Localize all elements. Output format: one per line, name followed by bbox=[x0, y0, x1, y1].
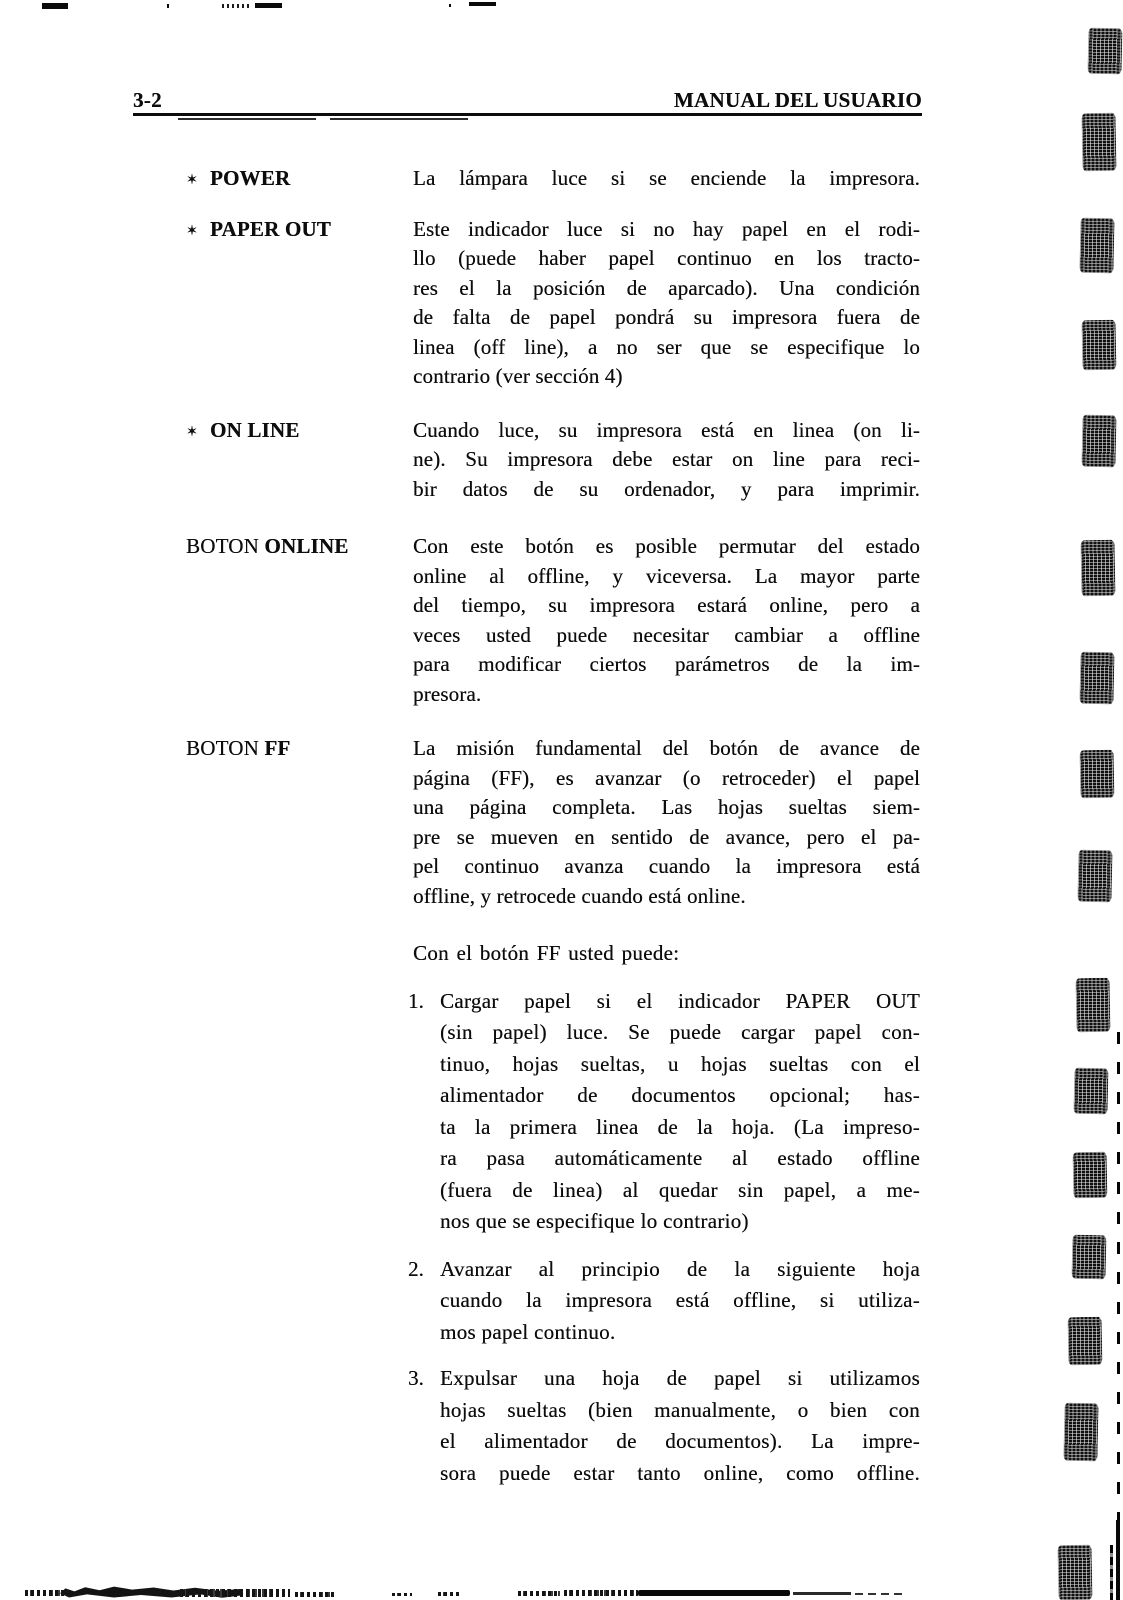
list-line: (fuera de linea) al quedar sin papel, a … bbox=[440, 1175, 920, 1207]
list-line: Expulsar una hoja de papel si utilizamos bbox=[440, 1363, 920, 1395]
definition-line: ne). Su impresora debe estar on line par… bbox=[413, 445, 920, 475]
list-line: el alimentador de documentos). La impre- bbox=[440, 1426, 920, 1458]
definition-line: página (FF), es avanzar (o retroceder) e… bbox=[413, 764, 920, 794]
definition-line: pel continuo avanza cuando la impresora … bbox=[413, 852, 920, 882]
definition-text: Con este botón es posible permutar del e… bbox=[413, 532, 920, 709]
list-line: hojas sueltas (bien manualmente, o bien … bbox=[440, 1395, 920, 1427]
definition-entry-on-line: ✶ON LINE Cuando luce, su impresora está … bbox=[133, 416, 922, 505]
binding-mark bbox=[1063, 1403, 1098, 1462]
definition-text: Este indicador luce si no hay papel en e… bbox=[413, 215, 920, 392]
list-item-text: Avanzar al principio de la siguiente hoj… bbox=[440, 1254, 920, 1349]
bottom-scan-smudge bbox=[392, 1593, 412, 1596]
definition-line: La lámpara luce si se enciende la impres… bbox=[413, 164, 920, 194]
bottom-scan-smudge bbox=[180, 1589, 290, 1597]
running-header-title: MANUAL DEL USUARIO bbox=[674, 88, 922, 113]
definition-line: offline, y retrocede cuando está online. bbox=[413, 882, 920, 912]
list-line: alimentador de documentos opcional; has- bbox=[440, 1080, 920, 1112]
definition-line: Con este botón es posible permutar del e… bbox=[413, 532, 920, 562]
definition-line: pre se mueven en sentido de avance, pero… bbox=[413, 823, 920, 853]
list-line: sora puede estar tanto online, como offl… bbox=[440, 1458, 920, 1490]
definition-line: para modificar ciertos parámetros de la … bbox=[413, 650, 920, 680]
binding-mark bbox=[1077, 850, 1112, 903]
star-bullet-icon: ✶ bbox=[186, 217, 210, 247]
definition-line: veces usted puede necesitar cambiar a of… bbox=[413, 621, 920, 651]
binding-mark bbox=[1072, 1235, 1107, 1280]
list-line: Avanzar al principio de la siguiente hoj… bbox=[440, 1254, 920, 1286]
star-bullet-icon: ✶ bbox=[186, 166, 210, 196]
definition-text: La lámpara luce si se enciende la impres… bbox=[413, 164, 920, 194]
definition-text: La misión fundamental del botón de avanc… bbox=[413, 734, 920, 911]
definition-line: llo (puede haber papel continuo en los t… bbox=[413, 244, 920, 274]
binding-mark bbox=[1081, 540, 1116, 597]
top-scan-mark bbox=[222, 4, 252, 8]
bottom-scan-smudge bbox=[518, 1591, 560, 1596]
list-line: nos que se especifique lo contrario) bbox=[440, 1206, 920, 1238]
binding-mark bbox=[1079, 652, 1114, 705]
list-line: (sin papel) luce. Se puede cargar papel … bbox=[440, 1017, 920, 1049]
definition-entry-paper-out: ✶PAPER OUT Este indicador luce si no hay… bbox=[133, 215, 922, 392]
binding-mark bbox=[1074, 1068, 1109, 1115]
term-label: BOTON ONLINE bbox=[133, 532, 413, 562]
binding-mark bbox=[1081, 113, 1116, 172]
bottom-scan-smudge bbox=[638, 1590, 790, 1596]
bottom-scan-smudge bbox=[25, 1590, 65, 1596]
binding-mark bbox=[1079, 218, 1114, 274]
binding-mark bbox=[1088, 28, 1123, 75]
top-scan-mark bbox=[42, 3, 68, 9]
term-label: BOTON FF bbox=[133, 734, 413, 764]
bottom-scan-smudge bbox=[295, 1592, 335, 1597]
page-header: 3-2 MANUAL DEL USUARIO bbox=[133, 88, 922, 113]
binding-mark bbox=[1080, 750, 1115, 799]
definition-line: una página completa. Las hojas sueltas s… bbox=[413, 793, 920, 823]
binding-mark bbox=[1081, 415, 1116, 468]
list-line: Cargar papel si el indicador PAPER OUT bbox=[440, 986, 920, 1018]
definition-line: linea (off line), a no ser que se especi… bbox=[413, 333, 920, 363]
list-number: 1. bbox=[408, 986, 440, 1238]
list-number: 2. bbox=[408, 1254, 440, 1349]
definition-entry-power: ✶POWER La lámpara luce si se enciende la… bbox=[133, 164, 922, 197]
binding-mark bbox=[1068, 1317, 1103, 1366]
top-scan-mark bbox=[469, 2, 496, 6]
page-number: 3-2 bbox=[133, 88, 162, 113]
binding-mark bbox=[1058, 1545, 1093, 1600]
list-line: cuando la impresora está offline, si uti… bbox=[440, 1285, 920, 1317]
bottom-scan-smudge bbox=[793, 1592, 851, 1595]
definition-line: online al offline, y viceversa. La mayor… bbox=[413, 562, 920, 592]
page-edge-line bbox=[1110, 1545, 1113, 1600]
bottom-scan-smudge bbox=[564, 1590, 638, 1596]
list-line: ra pasa automáticamente al estado offlin… bbox=[440, 1143, 920, 1175]
definition-line: del tiempo, su impresora estará online, … bbox=[413, 591, 920, 621]
list-line: mos papel continuo. bbox=[440, 1317, 920, 1349]
top-scan-mark bbox=[255, 3, 282, 8]
page-edge-line bbox=[1117, 1032, 1120, 1522]
scanned-manual-page: 3-2 MANUAL DEL USUARIO ✶POWER La lámpara… bbox=[0, 0, 1123, 1600]
definition-line: Este indicador luce si no hay papel en e… bbox=[413, 215, 920, 245]
definition-entry-boton-ff: BOTON FF La misión fundamental del botón… bbox=[133, 734, 922, 911]
list-item-1: 1. Cargar papel si el indicador PAPER OU… bbox=[408, 986, 922, 1238]
term-label: ✶ON LINE bbox=[133, 416, 413, 449]
star-bullet-icon: ✶ bbox=[186, 418, 210, 448]
definition-line: contrario (ver sección 4) bbox=[413, 362, 920, 392]
term-label: ✶POWER bbox=[133, 164, 413, 197]
top-scan-mark bbox=[449, 4, 451, 7]
bottom-scan-smudge bbox=[438, 1592, 462, 1596]
definition-line: de falta de papel pondrá su impresora fu… bbox=[413, 303, 920, 333]
definition-line: res el la posición de aparcado). Una con… bbox=[413, 274, 920, 304]
definition-line: bir datos de su ordenador, y para imprim… bbox=[413, 475, 920, 505]
binding-mark bbox=[1082, 320, 1117, 371]
list-number: 3. bbox=[408, 1363, 440, 1489]
bottom-scan-smudge bbox=[855, 1593, 905, 1595]
definition-line: La misión fundamental del botón de avanc… bbox=[413, 734, 920, 764]
binding-mark bbox=[1076, 978, 1111, 1033]
list-item-2: 2. Avanzar al principio de la siguiente … bbox=[408, 1254, 922, 1349]
top-scan-mark bbox=[167, 4, 169, 8]
binding-mark bbox=[1073, 1152, 1108, 1199]
list-item-text: Cargar papel si el indicador PAPER OUT (… bbox=[440, 986, 920, 1238]
page-content: ✶POWER La lámpara luce si se enciende la… bbox=[133, 116, 922, 1489]
list-item-3: 3. Expulsar una hoja de papel si utiliza… bbox=[408, 1363, 922, 1489]
list-item-text: Expulsar una hoja de papel si utilizamos… bbox=[440, 1363, 920, 1489]
definition-line: presora. bbox=[413, 680, 920, 710]
term-label: ✶PAPER OUT bbox=[133, 215, 413, 248]
list-line: ta la primera linea de la hoja. (La impr… bbox=[440, 1112, 920, 1144]
definition-text: Cuando luce, su impresora está en linea … bbox=[413, 416, 920, 505]
page-edge-line bbox=[1116, 1520, 1120, 1600]
definition-entry-boton-online: BOTON ONLINE Con este botón es posible p… bbox=[133, 532, 922, 709]
list-line: tinuo, hojas sueltas, u hojas sueltas co… bbox=[440, 1049, 920, 1081]
definition-line: Cuando luce, su impresora está en linea … bbox=[413, 416, 920, 446]
ff-intro: Con el botón FF usted puede: bbox=[413, 939, 922, 969]
